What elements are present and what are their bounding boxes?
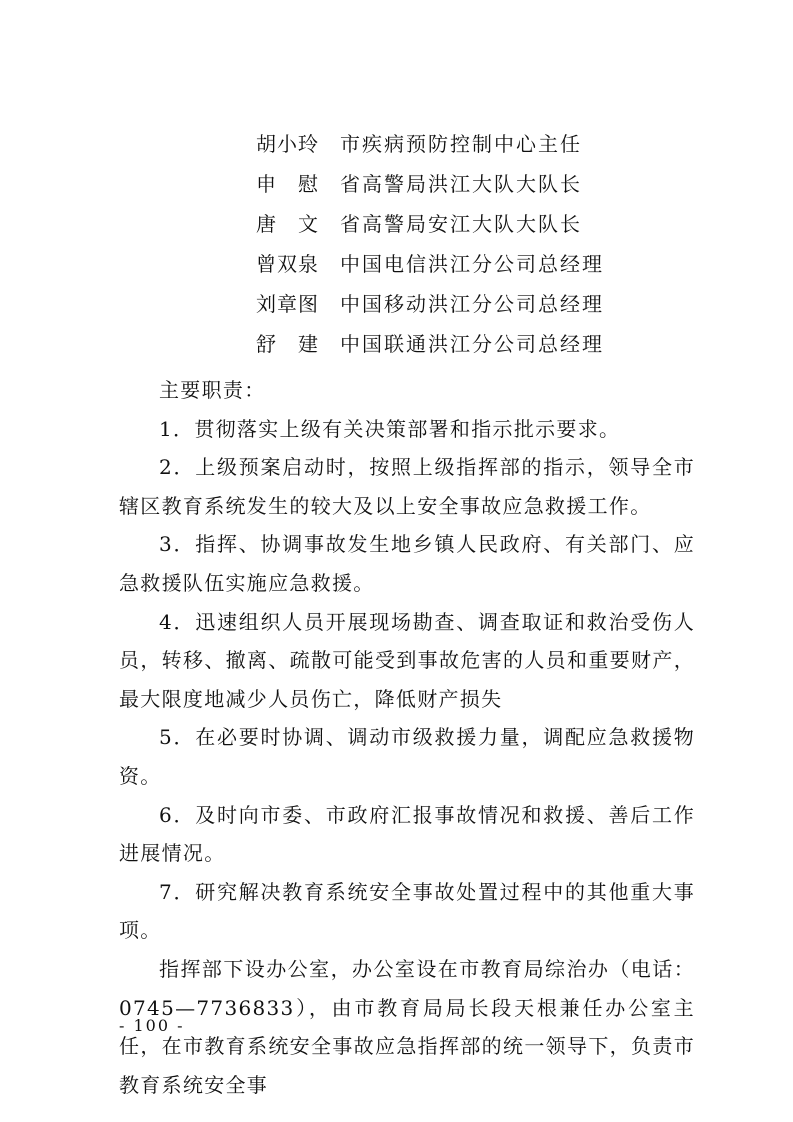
responsibility-item: 2．上级预案启动时，按照上级指挥部的指示，领导全市辖区教育系统发生的较大及以上安… <box>119 448 695 525</box>
responsibility-item: 1．贯彻落实上级有关决策部署和指示批示要求。 <box>119 410 695 449</box>
member-name: 申 慰 <box>256 170 340 210</box>
responsibility-item: 5．在必要时协调、调动市级救援力量，调配应急救援物资。 <box>119 718 695 795</box>
member-title: 中国电信洪江分公司总经理 <box>340 250 604 290</box>
member-title: 中国联通洪江分公司总经理 <box>340 330 604 370</box>
member-title: 中国移动洪江分公司总经理 <box>340 290 604 330</box>
member-list: 胡小玲 市疾病预防控制中心主任 申 慰 省高警局洪江大队大队长 唐 文 省高警局… <box>256 130 604 370</box>
member-row: 曾双泉 中国电信洪江分公司总经理 <box>256 250 604 290</box>
member-name: 舒 建 <box>256 330 340 370</box>
member-row: 刘章图 中国移动洪江分公司总经理 <box>256 290 604 330</box>
responsibility-item: 6．及时向市委、市政府汇报事故情况和救援、善后工作进展情况。 <box>119 796 695 873</box>
member-title: 市疾病预防控制中心主任 <box>340 130 582 170</box>
member-name: 胡小玲 <box>256 130 340 170</box>
member-name: 唐 文 <box>256 210 340 250</box>
responsibility-item: 7．研究解决教育系统安全事故处置过程中的其他重大事项。 <box>119 873 695 950</box>
member-name: 曾双泉 <box>256 250 340 290</box>
member-row: 申 慰 省高警局洪江大队大队长 <box>256 170 604 210</box>
member-row: 舒 建 中国联通洪江分公司总经理 <box>256 330 604 370</box>
responsibilities-heading: 主要职责： <box>119 371 695 410</box>
member-row: 唐 文 省高警局安江大队大队长 <box>256 210 604 250</box>
member-row: 胡小玲 市疾病预防控制中心主任 <box>256 130 604 170</box>
member-title: 省高警局安江大队大队长 <box>340 210 582 250</box>
responsibility-item: 4．迅速组织人员开展现场勘查、调查取证和救治受伤人员，转移、撤离、疏散可能受到事… <box>119 603 695 719</box>
page-number: - 100 - <box>119 1016 185 1035</box>
responsibility-item: 3．指挥、协调事故发生地乡镇人民政府、有关部门、应急救援队伍实施应急救援。 <box>119 525 695 602</box>
document-body: 主要职责： 1．贯彻落实上级有关决策部署和指示批示要求。 2．上级预案启动时，按… <box>119 371 695 1104</box>
office-paragraph: 指挥部下设办公室，办公室设在市教育局综治办（电话：0745—7736833），由… <box>119 950 695 1104</box>
member-title: 省高警局洪江大队大队长 <box>340 170 582 210</box>
member-name: 刘章图 <box>256 290 340 330</box>
